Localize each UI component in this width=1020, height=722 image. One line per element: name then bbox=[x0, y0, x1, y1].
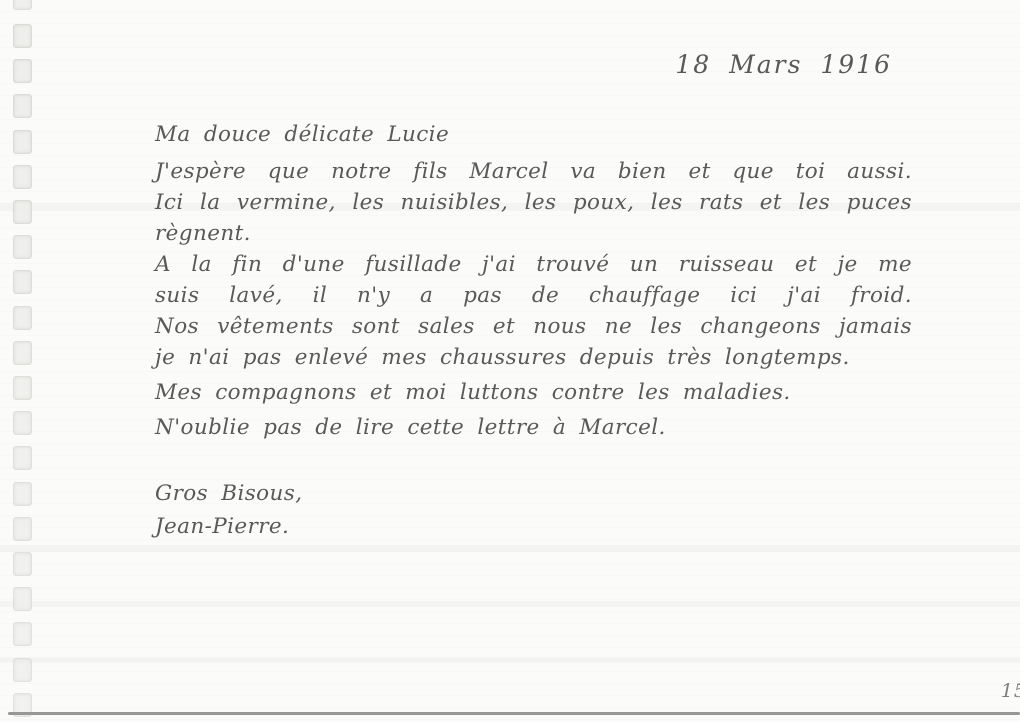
letter-line: Ici la vermine, les nuisibles, les poux,… bbox=[155, 187, 912, 218]
binding-hole bbox=[13, 270, 32, 294]
letter-line: A la fin d'une fusillade j'ai trouvé un … bbox=[155, 249, 912, 280]
binding-hole bbox=[13, 517, 32, 541]
letter-closing: Gros Bisous,Jean-Pierre. bbox=[155, 477, 912, 543]
letter-date: 18 Mars 1916 bbox=[675, 50, 892, 79]
binding-hole bbox=[13, 376, 32, 400]
letter-line: suis lavé, il n'y a pas de chauffage ici… bbox=[155, 280, 912, 311]
binding-hole bbox=[13, 482, 32, 506]
letter-line: je n'ai pas enlevé mes chaussures depuis… bbox=[155, 342, 912, 373]
closing-line: Jean-Pierre. bbox=[155, 510, 912, 543]
binding-hole bbox=[13, 130, 32, 154]
letter-body: Ma douce délicate LucieJ'espère que notr… bbox=[155, 119, 912, 543]
letter-line: Ma douce délicate Lucie bbox=[155, 119, 912, 150]
binding-hole bbox=[13, 587, 32, 611]
closing-line: Gros Bisous, bbox=[155, 477, 912, 510]
binding-hole bbox=[13, 411, 32, 435]
binding-hole bbox=[13, 306, 32, 330]
scan-streak bbox=[0, 545, 1020, 552]
binding-hole bbox=[13, 0, 32, 10]
letter-line: J'espère que notre fils Marcel va bien e… bbox=[155, 156, 912, 187]
binding-hole bbox=[13, 446, 32, 470]
binding-hole bbox=[13, 658, 32, 682]
binding-hole bbox=[13, 622, 32, 646]
page-edge-shadow bbox=[8, 712, 1020, 715]
binding-hole bbox=[13, 59, 32, 83]
page-number: 15 bbox=[1001, 680, 1020, 702]
binding-hole bbox=[13, 165, 32, 189]
scan-streak bbox=[0, 601, 1020, 607]
binding-hole bbox=[13, 235, 32, 259]
letter-line: Nos vêtements sont sales et nous ne les … bbox=[155, 311, 912, 342]
letter-line: N'oublie pas de lire cette lettre à Marc… bbox=[155, 412, 912, 443]
scanned-letter-page: 18 Mars 1916 Ma douce délicate LucieJ'es… bbox=[0, 0, 1020, 722]
letter-body-lines: Ma douce délicate LucieJ'espère que notr… bbox=[155, 119, 912, 443]
binding-hole bbox=[13, 200, 32, 224]
binding-hole bbox=[13, 24, 32, 48]
binding-hole bbox=[13, 341, 32, 365]
binding-hole bbox=[13, 552, 32, 576]
scan-streak bbox=[0, 657, 1020, 663]
binding-hole bbox=[13, 94, 32, 118]
letter-line: Mes compagnons et moi luttons contre les… bbox=[155, 377, 912, 408]
letter-line: règnent. bbox=[155, 218, 912, 249]
